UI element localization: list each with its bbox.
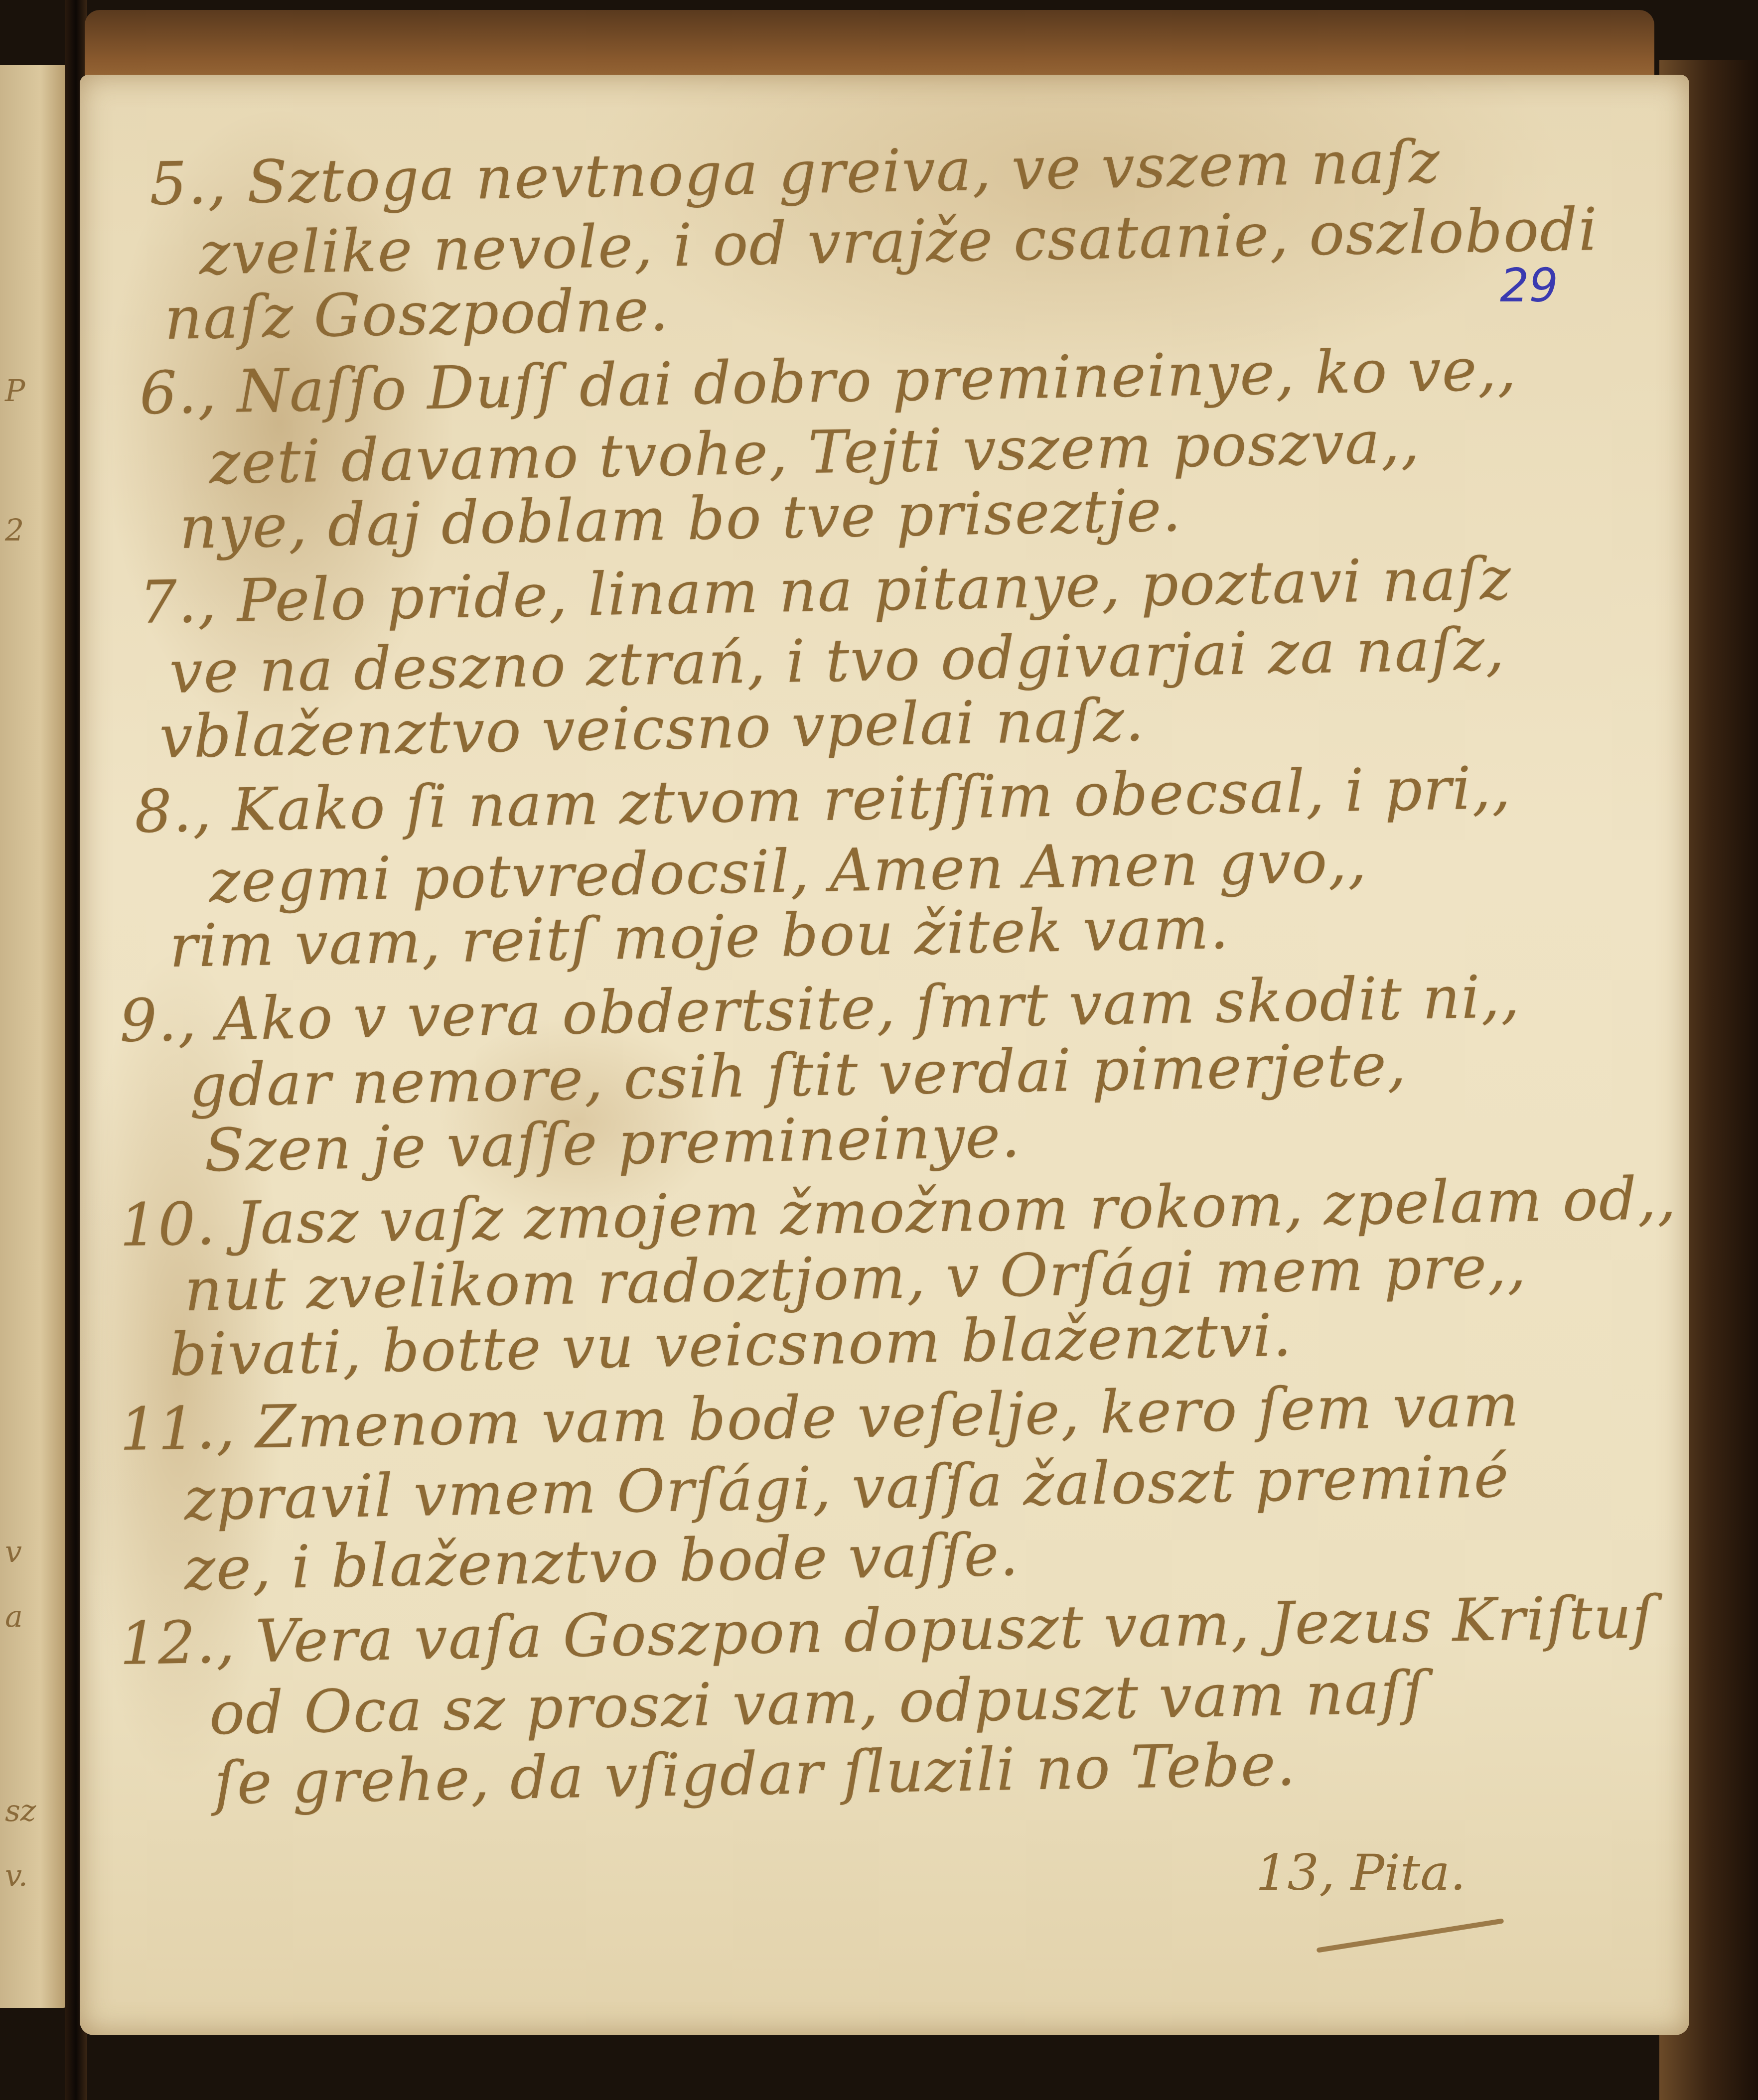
signature: 13, Pita. [1256,1843,1466,1902]
left-page-fragment: P [5,374,25,409]
text-line: ze, i blaženztvo bode vaſſe. [184,1520,1020,1603]
left-page-fragment: v. [5,1858,28,1893]
left-page-fragment: 2 [5,513,24,548]
left-page-edge: P 2 v a sz v. [0,65,67,2008]
text-line: Szen je vaſſe premineinye. [204,1102,1022,1185]
page-number: 29 [1500,259,1558,312]
left-page-fragment: a [5,1599,23,1634]
left-page-fragment: v [5,1535,22,1569]
text-line: naſz Goszpodne. [164,275,670,353]
left-page-fragment: sz [5,1794,36,1828]
